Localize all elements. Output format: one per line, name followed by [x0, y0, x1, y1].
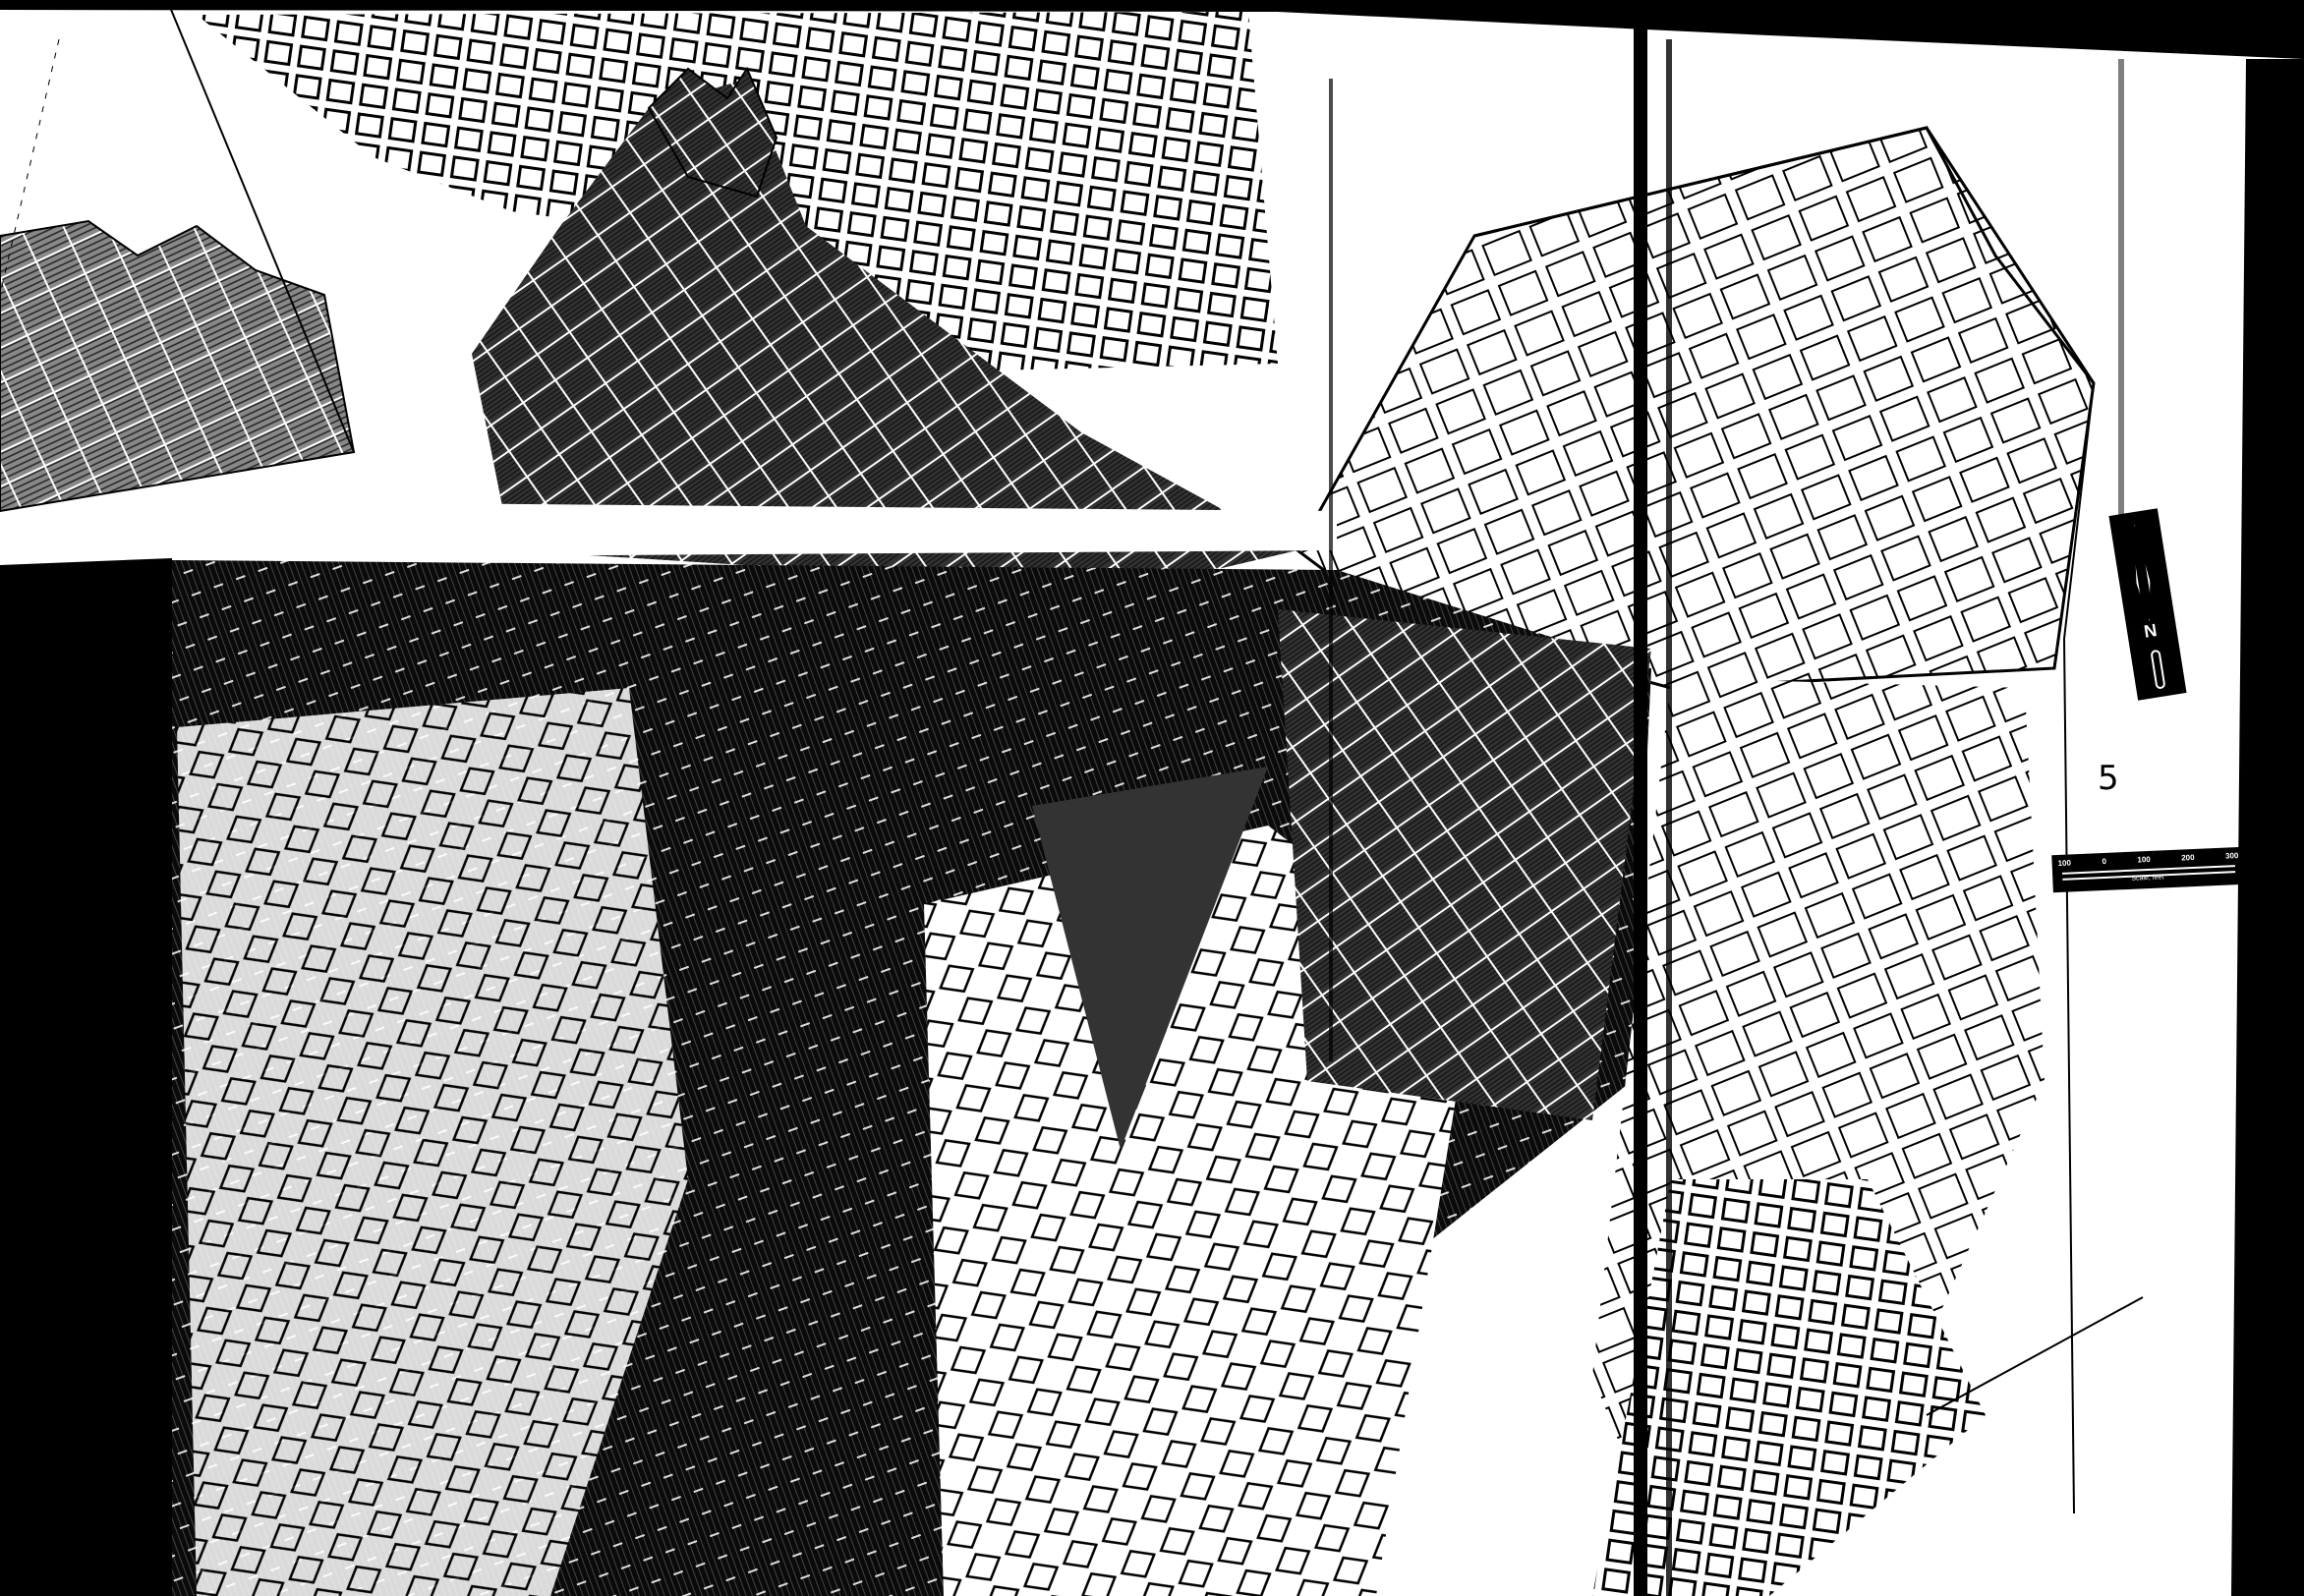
north-arrow-icon [2127, 523, 2156, 622]
scale-tick: 100 [2057, 858, 2071, 868]
left-black-block [0, 521, 172, 1596]
scale-unit-label: Scale, feet [2131, 874, 2163, 882]
hatched-district-east [1278, 609, 1651, 1120]
north-arrow-bar [2150, 650, 2165, 690]
plate-number: 5 [2098, 759, 2119, 798]
scale-tick: 0 [2102, 857, 2106, 866]
scale-tick: 200 [2181, 853, 2195, 863]
city-plan-collage-map [0, 0, 2304, 1596]
north-label: N [2143, 620, 2159, 643]
scale-tick: 300 [2225, 851, 2239, 861]
photocopy-streak [1634, 20, 1647, 1596]
scale-tick: 100 [2137, 855, 2151, 865]
